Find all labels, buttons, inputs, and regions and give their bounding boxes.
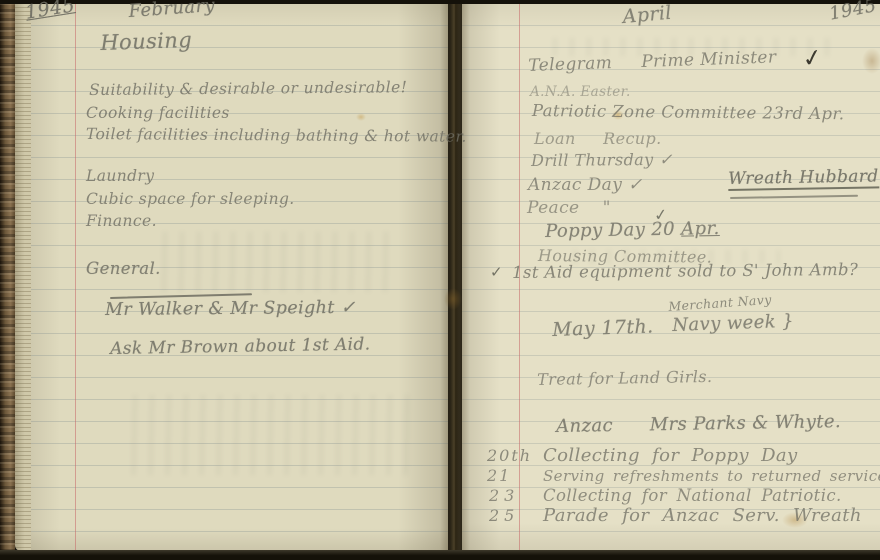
note-cooking: Cooking facilities bbox=[86, 106, 230, 122]
checkmark-icon: ✓ bbox=[490, 263, 503, 281]
stain bbox=[862, 48, 880, 74]
schedule-task: Collecting for Poppy Day bbox=[543, 445, 798, 466]
note-brown-first-aid: Ask Mr Brown about 1st Aid. bbox=[110, 336, 371, 358]
note-navy-week: Navy week } bbox=[672, 313, 794, 335]
schedule-day: 25 bbox=[489, 508, 543, 524]
schedule-day: 23 bbox=[489, 488, 543, 504]
center-gutter bbox=[440, 0, 470, 560]
poppy-day-text: Poppy Day 20 bbox=[545, 219, 681, 242]
notebook-spread: 1945 February Housing Suitability & desi… bbox=[0, 0, 880, 560]
margin-line-left bbox=[75, 4, 76, 550]
bleed-through-smudge bbox=[150, 232, 400, 292]
note-wreath-hubbard: Wreath Hubbard bbox=[728, 168, 879, 191]
schedule-task: Serving refreshments to returned service… bbox=[543, 467, 880, 485]
note-may-date: May 17th. bbox=[552, 317, 654, 340]
schedule-row: 23Collecting for National Patriotic. bbox=[489, 488, 842, 505]
schedule-task: Parade for Anzac Serv. Wreath bbox=[543, 505, 862, 526]
note-anzac-parks-whyte: Anzac Mrs Parks & Whyte. bbox=[556, 413, 841, 436]
note-drill: Drill Thursday ✓ bbox=[531, 152, 673, 169]
note-toilet: Toilet facilities including bathing & ho… bbox=[86, 127, 467, 145]
photo-edge-bottom bbox=[0, 550, 880, 560]
note-loan: Loan Recup. bbox=[534, 131, 662, 147]
schedule-row: 20thCollecting for Poppy Day bbox=[487, 447, 798, 465]
note-patriotic: Patriotic Zone Committee 23rd Apr. bbox=[532, 103, 845, 123]
schedule-task: Collecting for National Patriotic. bbox=[543, 486, 842, 505]
page-edge-stack bbox=[15, 3, 31, 551]
note-land-girls: Treat for Land Girls. bbox=[537, 369, 713, 388]
note-poppy-day: Poppy Day 20 Apr. bbox=[545, 220, 720, 241]
schedule-row: 25Parade for Anzac Serv. Wreath bbox=[489, 507, 862, 525]
section-general: General. bbox=[86, 261, 161, 278]
note-cubic-space: Cubic space for sleeping. bbox=[86, 192, 295, 208]
schedule-row: 21Serving refreshments to returned servi… bbox=[487, 468, 880, 484]
note-peace: Peace " bbox=[527, 200, 611, 217]
month-heading-april: April bbox=[622, 4, 673, 27]
note-easter: A.N.A. Easter. bbox=[530, 86, 631, 100]
stain bbox=[356, 113, 366, 121]
schedule-day: 20th bbox=[487, 448, 543, 464]
schedule-day: 21 bbox=[487, 468, 543, 484]
bleed-through-smudge bbox=[120, 395, 410, 475]
stain bbox=[444, 288, 462, 310]
binding-edge bbox=[0, 0, 15, 552]
note-first-aid-sold: 1st Aid equipment sold to S' John Amb? bbox=[512, 262, 858, 282]
note-walker-speight: Mr Walker & Mr Speight ✓ bbox=[105, 300, 356, 320]
note-suitability: Suitability & desirable or undesirable! bbox=[89, 80, 407, 98]
note-finance: Finance. bbox=[86, 214, 157, 230]
section-housing: Housing bbox=[100, 30, 192, 54]
note-laundry: Laundry bbox=[86, 169, 154, 185]
note-anzac-day: Anzac Day ✓ bbox=[528, 177, 643, 194]
poppy-day-month: Apr. bbox=[681, 218, 720, 240]
